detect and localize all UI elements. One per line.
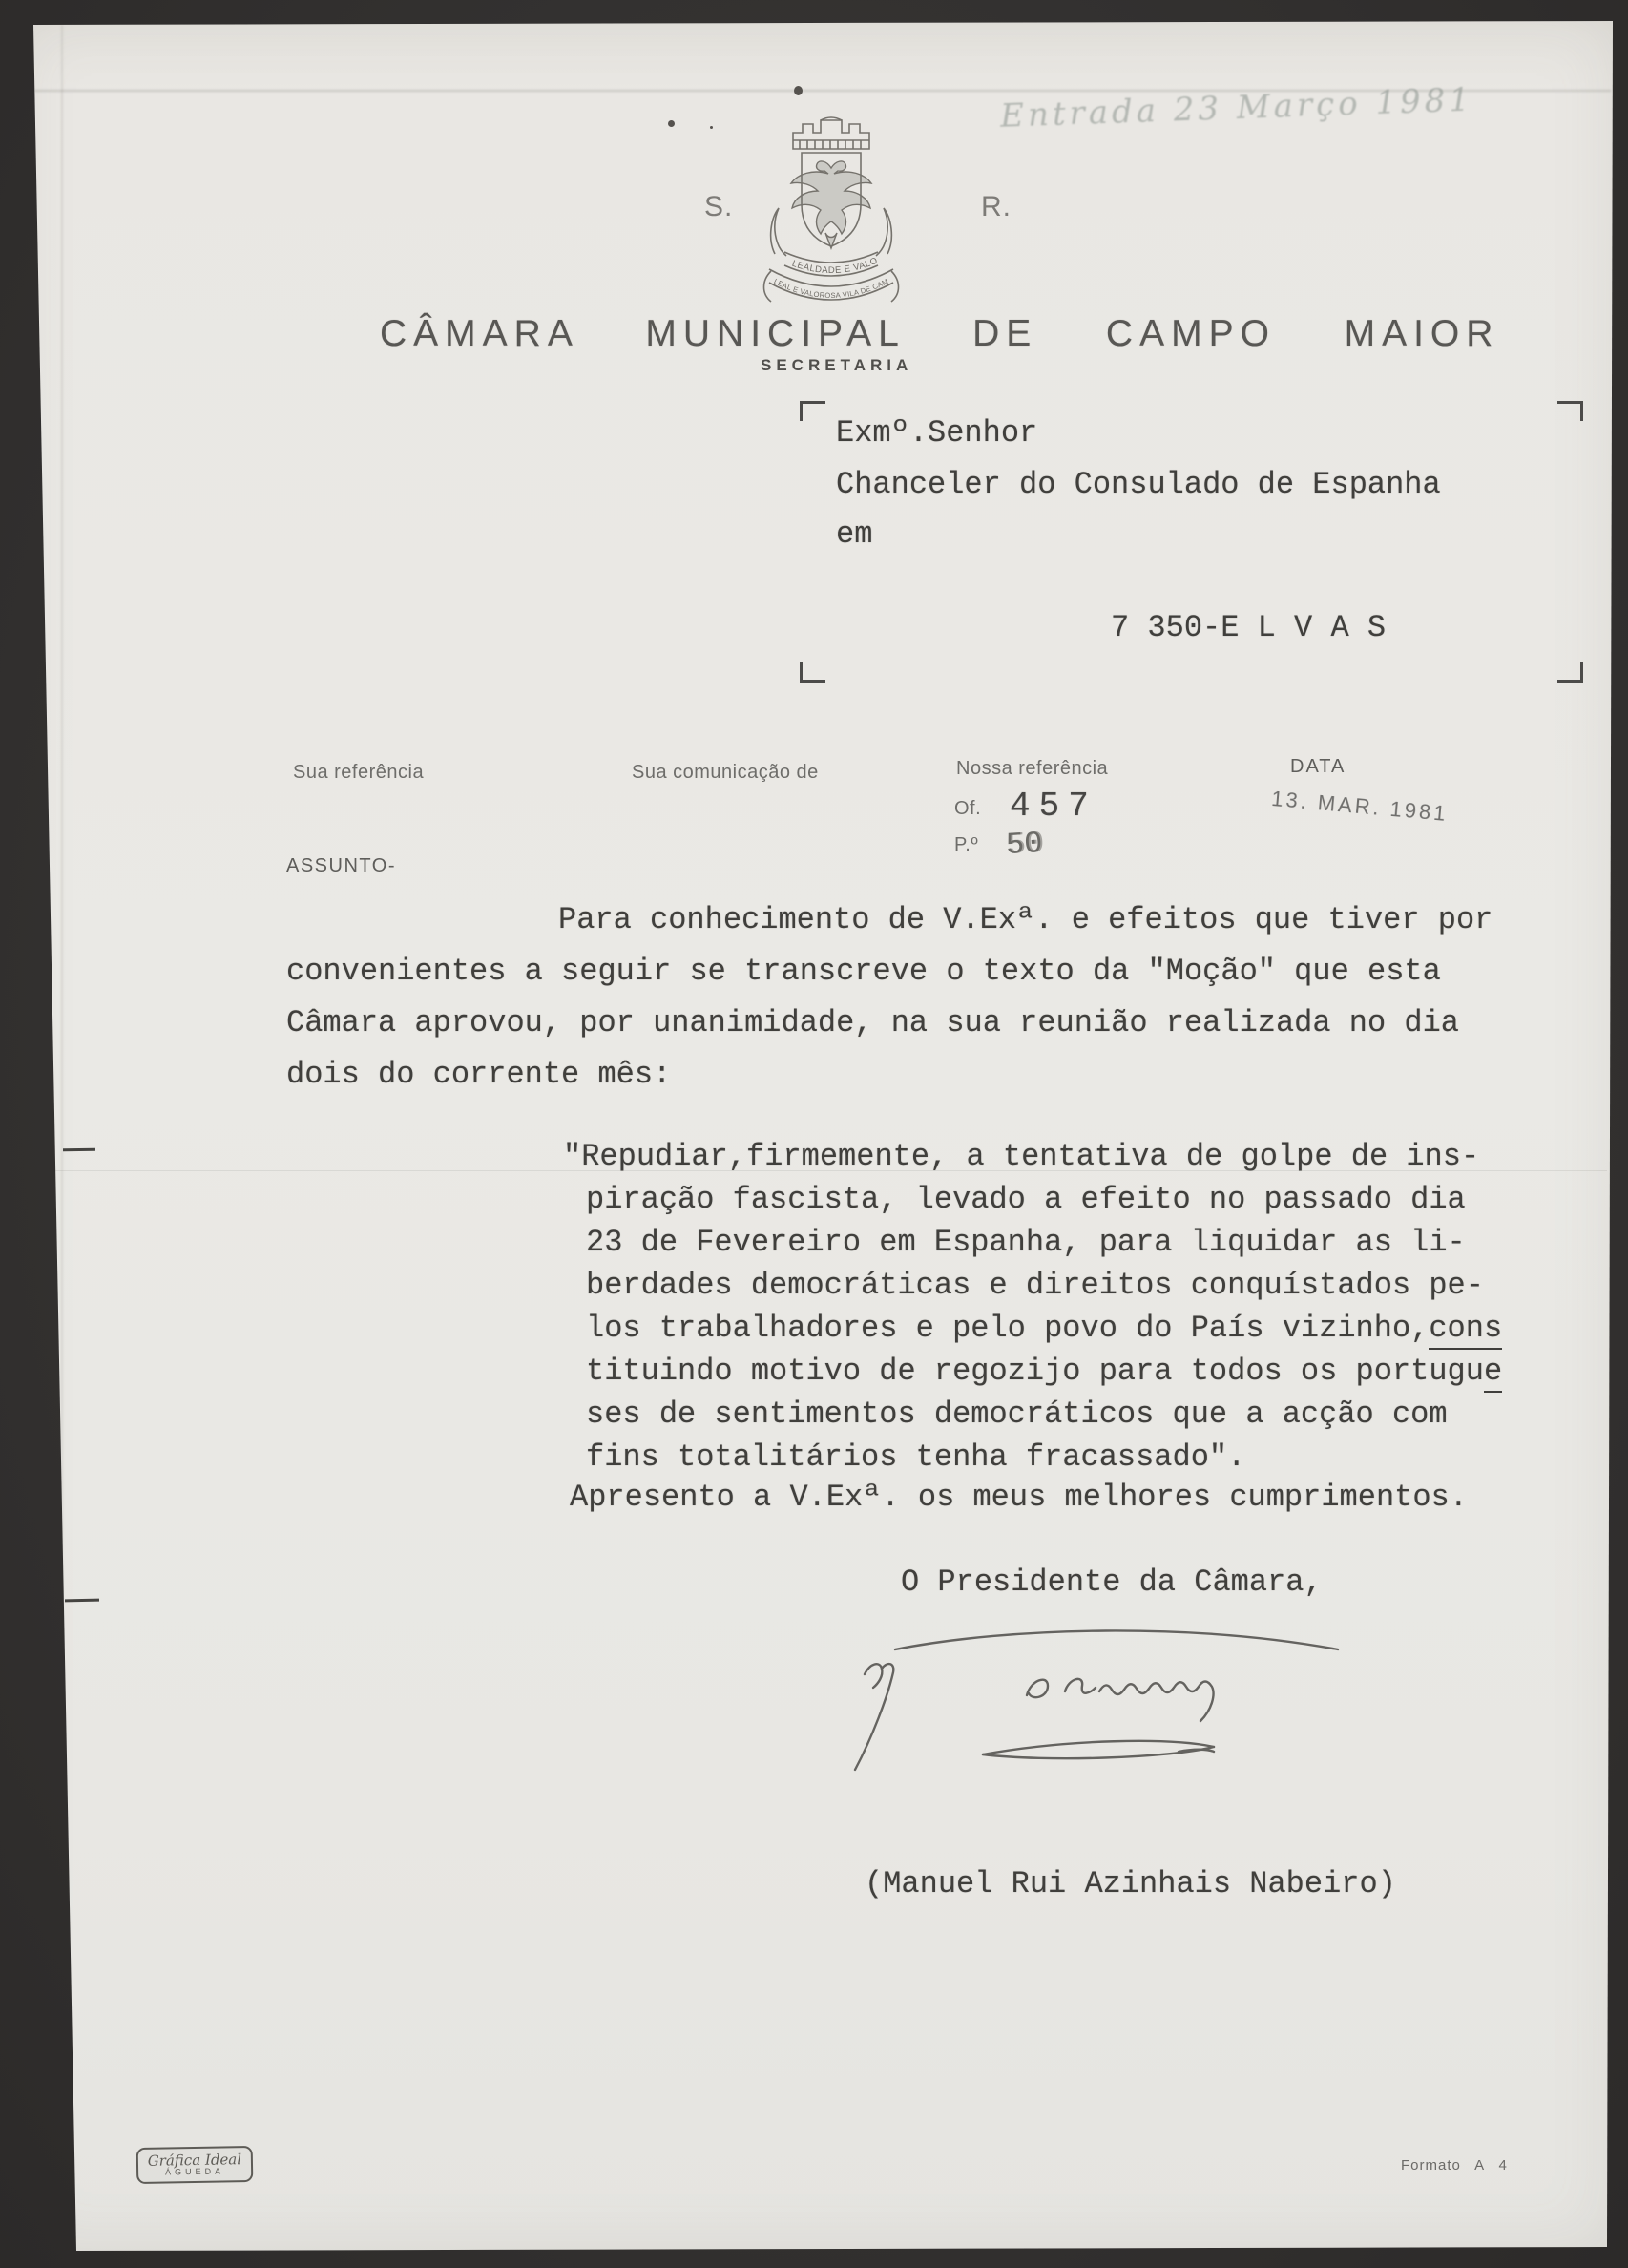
address-bracket-bottom-right <box>1557 662 1583 682</box>
motion-text: 23 de Fevereiro em Espanha, para liquida… <box>586 1225 1466 1260</box>
margin-dash <box>63 1148 95 1152</box>
municipality-title: CÂMARA MUNICIPAL DE CAMPO MAIOR <box>380 313 1499 355</box>
of-number: 457 <box>1010 787 1097 826</box>
ink-speck <box>668 120 675 127</box>
motion-underlined-text: e <box>1484 1354 1502 1393</box>
letter-page: Entrada 23 Março 1981 <box>0 0 1628 2268</box>
ink-speck <box>710 126 713 129</box>
motion-text: fins totalitários tenha fracassado". <box>586 1439 1245 1475</box>
body-line: dois do corrente mês: <box>286 1060 671 1090</box>
paper-fold-crease-left <box>61 25 63 2247</box>
recipient-postal: 7 350-E L V A S <box>1111 613 1386 643</box>
motion-text: ses de sentimentos democráticos que a ac… <box>586 1396 1448 1432</box>
signatory-name: (Manuel Rui Azinhais Nabeiro) <box>865 1869 1396 1900</box>
motion-line: tituindo motivo de regozijo para todos o… <box>563 1356 1502 1387</box>
sua-referencia-label: Sua referência <box>293 762 424 784</box>
format-label: Formato A 4 <box>1401 2157 1508 2173</box>
motion-text: los trabalhadores e pelo povo do País vi… <box>586 1311 1429 1346</box>
body-line: Para conhecimento de V.Exª. e efeitos qu… <box>558 905 1492 935</box>
header-initial-s: S. <box>704 191 733 223</box>
motion-line: berdades democráticas e direitos conquís… <box>563 1270 1484 1301</box>
sua-comunicacao-label: Sua comunicação de <box>632 762 819 784</box>
motion-text: tituindo motivo de regozijo para todos o… <box>586 1354 1484 1389</box>
printer-seal: Gráfica Ideal ÁGUEDA <box>136 2146 254 2184</box>
ink-speck <box>794 86 803 95</box>
address-bracket-top-left <box>800 401 825 421</box>
header-initial-r: R. <box>981 191 1012 223</box>
po-label: P.º <box>954 834 978 856</box>
scan-background: Entrada 23 Março 1981 <box>0 0 1628 2268</box>
secretaria-subtitle: SECRETARIA <box>761 356 912 375</box>
printer-seal-city: ÁGUEDA <box>165 2166 224 2176</box>
nossa-referencia-label: Nossa referência <box>956 758 1108 780</box>
motion-underlined-text: cons <box>1429 1311 1502 1350</box>
po-number: 50 <box>1005 826 1043 863</box>
motion-line: los trabalhadores e pelo povo do País vi… <box>563 1313 1502 1344</box>
motion-text: "Repudiar,firmemente, a tentativa de gol… <box>563 1139 1479 1174</box>
of-label: Of. <box>954 798 981 820</box>
body-line: convenientes a seguir se transcreve o te… <box>286 956 1441 987</box>
recipient-line: em <box>836 519 872 550</box>
signature-title: O Presidente da Câmara, <box>901 1567 1323 1598</box>
president-signature <box>840 1611 1374 1774</box>
closing-line: Apresento a V.Exª. os meus melhores cump… <box>570 1482 1468 1513</box>
handwritten-note: Entrada 23 Março 1981 <box>999 78 1534 136</box>
date-stamp: 13. MAR. 1981 <box>1270 787 1449 827</box>
motion-line: "Repudiar,firmemente, a tentativa de gol… <box>563 1142 1479 1172</box>
address-bracket-bottom-left <box>800 662 825 682</box>
motion-line: 23 de Fevereiro em Espanha, para liquida… <box>563 1228 1466 1258</box>
data-label: DATA <box>1290 756 1346 778</box>
motion-line: ses de sentimentos democráticos que a ac… <box>563 1399 1448 1430</box>
recipient-line: Chanceler do Consulado de Espanha <box>836 470 1441 500</box>
recipient-line: Exmº.Senhor <box>836 418 1037 449</box>
motion-line: fins totalitários tenha fracassado". <box>563 1442 1245 1473</box>
printer-seal-name: Gráfica Ideal <box>148 2152 242 2168</box>
motion-text: piração fascista, levado a efeito no pas… <box>586 1182 1466 1217</box>
margin-dash <box>65 1599 99 1603</box>
motion-text: berdades democráticas e direitos conquís… <box>586 1268 1484 1303</box>
body-line: Câmara aprovou, por unanimidade, na sua … <box>286 1008 1459 1039</box>
campo-maior-coat-of-arms-icon: LEALDADE E VALOR LEAL E VALOROSA VILA DE… <box>733 111 929 311</box>
motion-line: piração fascista, levado a efeito no pas… <box>563 1185 1466 1215</box>
address-bracket-top-right <box>1557 401 1583 421</box>
assunto-label: ASSUNTO- <box>286 855 396 877</box>
